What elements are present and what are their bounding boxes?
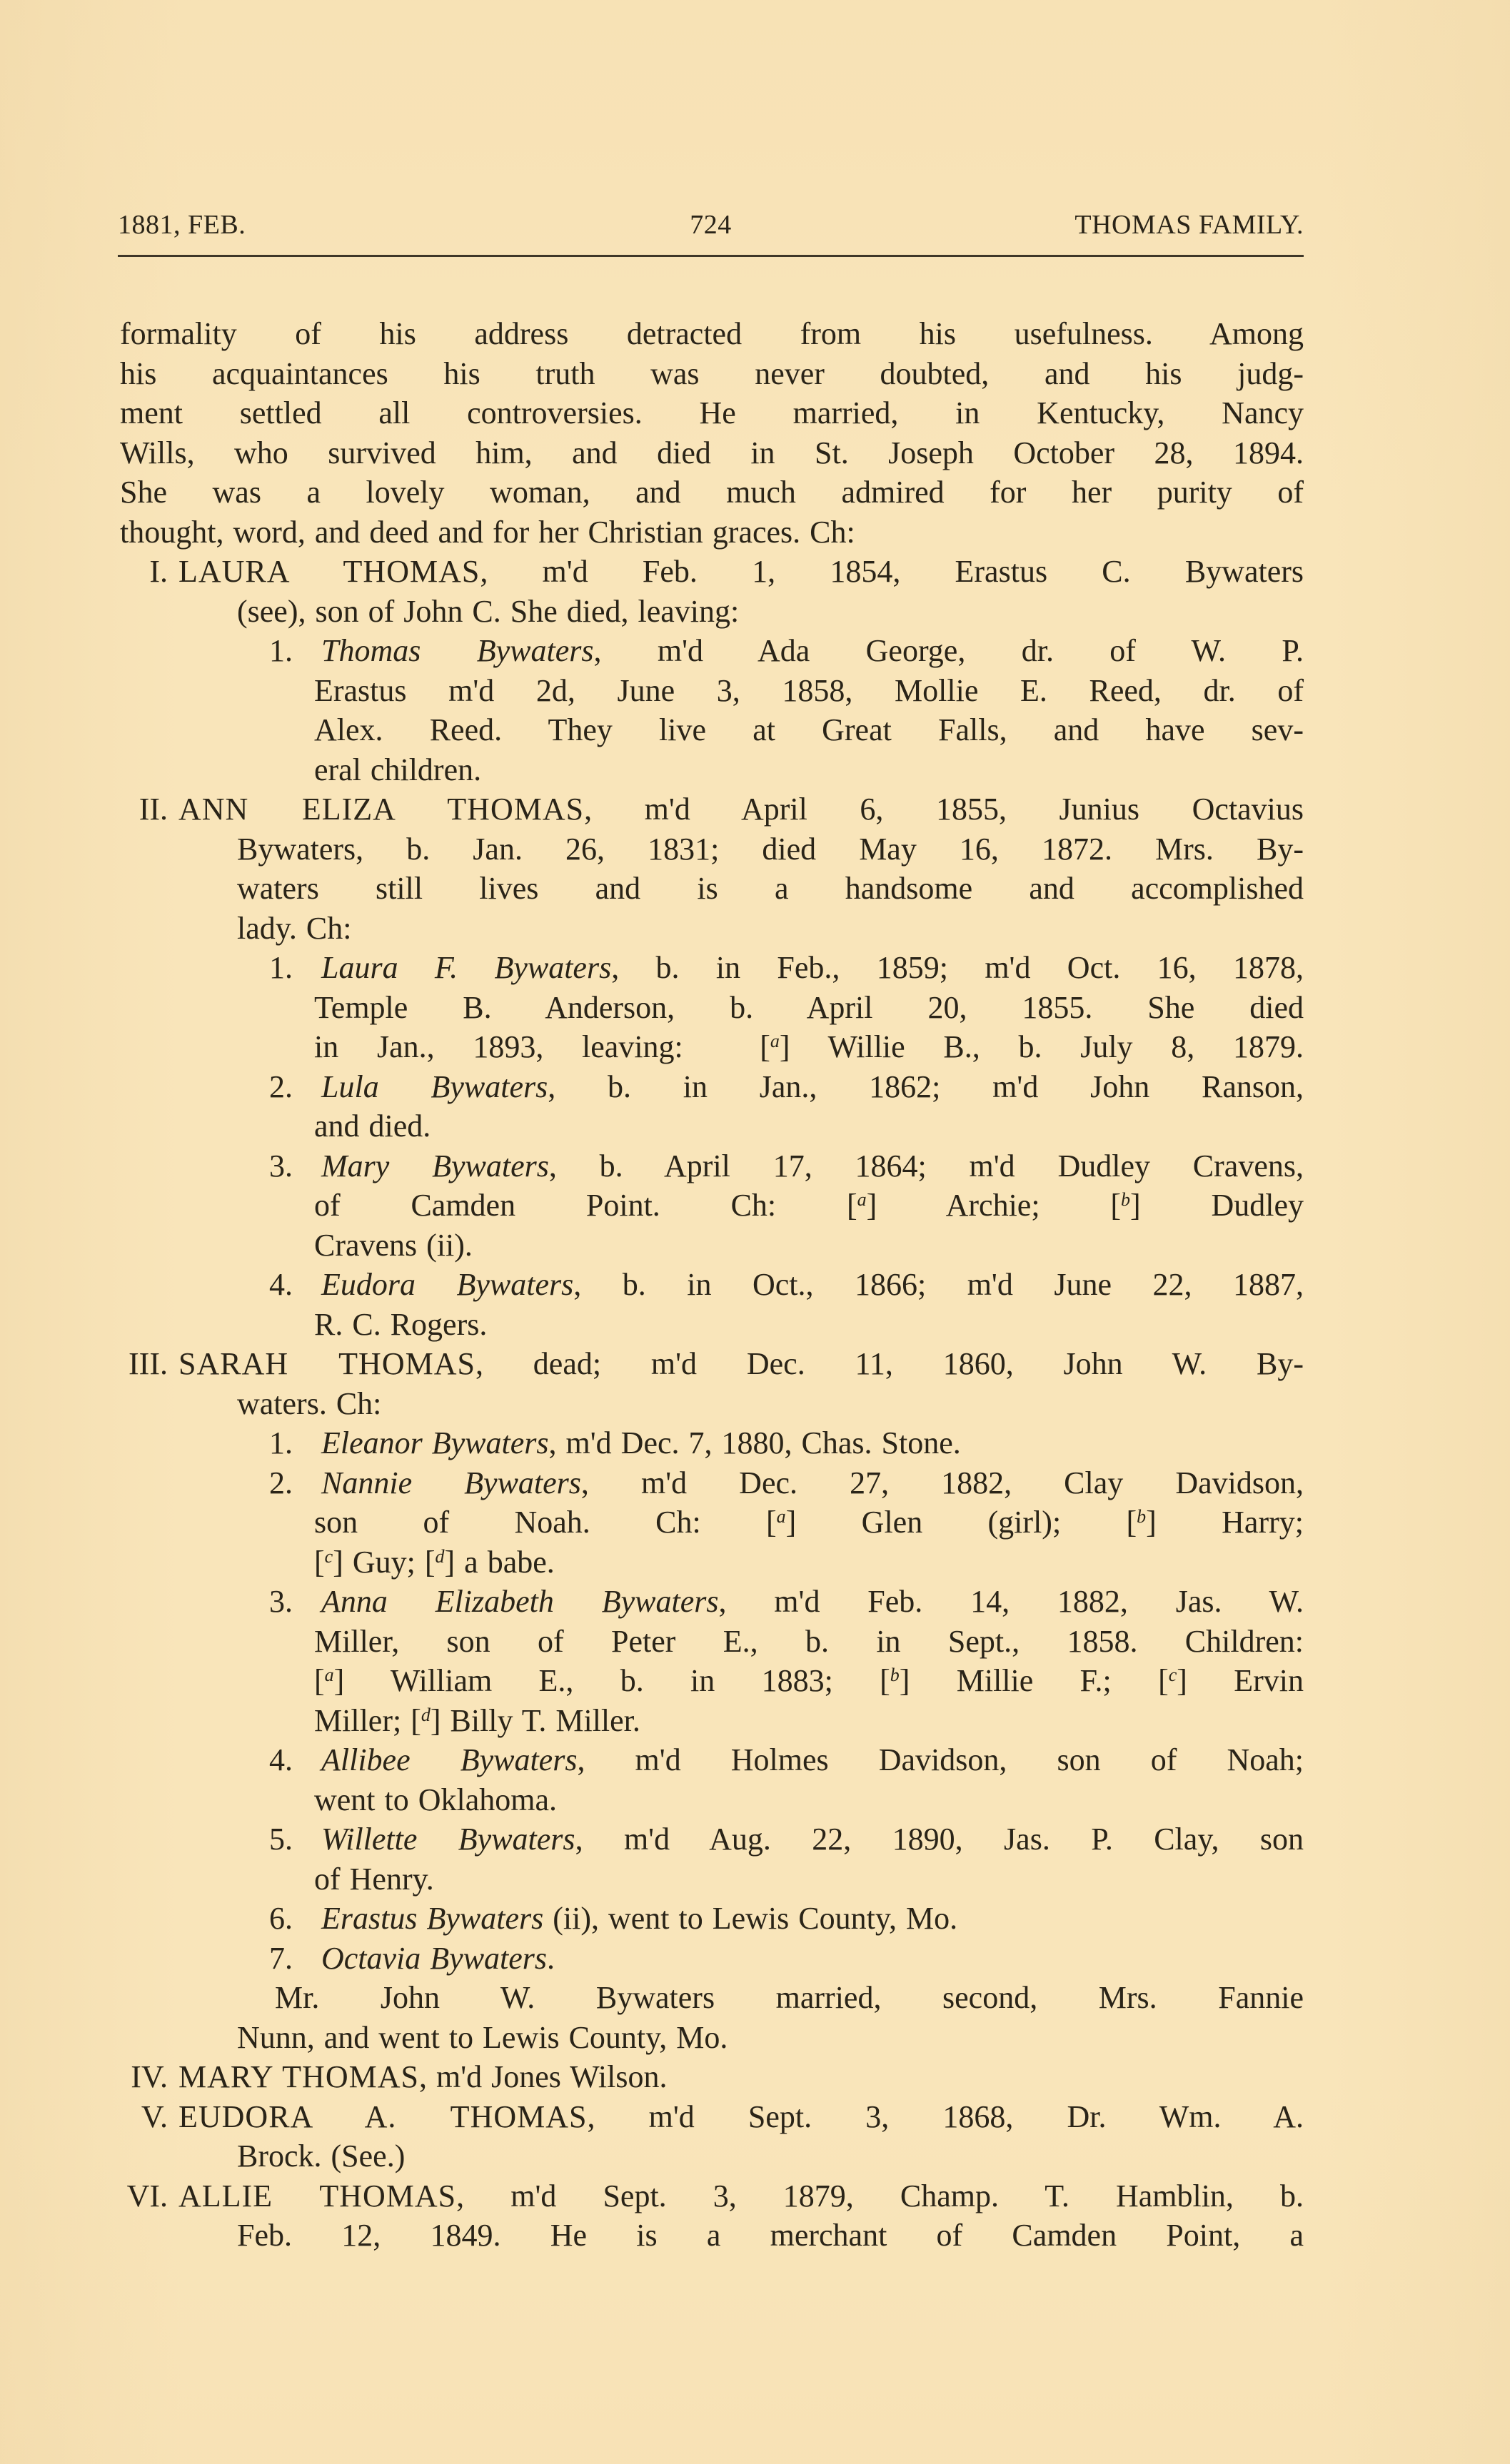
child-continuation: Bywaters, b. Jan. 26, 1831; died May 16,… — [237, 829, 1304, 869]
issue-name: Anna Elizabeth Bywaters — [321, 1584, 718, 1619]
child-entry: LAURA THOMAS, m'd Feb. 1, 1854, Erastus … — [178, 552, 1304, 592]
issue-number: 2. — [257, 1463, 293, 1503]
child-numeral: VI. — [107, 2176, 168, 2216]
child-entry: ANN ELIZA THOMAS, m'd April 6, 1855, Jun… — [178, 789, 1304, 829]
issue-name: Thomas Bywaters — [321, 633, 594, 668]
issue-entry: Nannie Bywaters, m'd Dec. 27, 1882, Clay… — [321, 1463, 1304, 1503]
footnote-mark: a — [857, 1189, 867, 1210]
issue-number: 4. — [257, 1740, 293, 1780]
issue-number: 2. — [257, 1067, 293, 1107]
footnote-mark: b — [890, 1665, 900, 1685]
intro-line: formality of his address detracted from … — [120, 314, 1304, 354]
issue-name: Allibee Bywaters — [321, 1742, 577, 1777]
issue-number: 1. — [257, 1423, 293, 1463]
issue-continuation: and died. — [314, 1106, 1304, 1146]
issue-number: 1. — [257, 948, 293, 988]
issue-continuation: of Henry. — [314, 1859, 1304, 1899]
intro-line: Wills, who survived him, and died in St.… — [120, 433, 1304, 473]
note-line: Mr. John W. Bywaters married, second, Mr… — [275, 1978, 1304, 2018]
page-number: 724 — [690, 210, 732, 240]
issue-entry: Lula Bywaters, b. in Jan., 1862; m'd Joh… — [321, 1067, 1304, 1107]
child-name: MARY THOMAS — [178, 2059, 419, 2094]
issue-name: Willette Bywaters — [321, 1822, 575, 1857]
issue-continuation: Miller, son of Peter E., b. in Sept., 18… — [314, 1622, 1304, 1662]
issue-continuation: Cravens (ii). — [314, 1226, 1304, 1266]
issue-entry: Laura F. Bywaters, b. in Feb., 1859; m'd… — [321, 948, 1304, 988]
child-numeral: III. — [107, 1344, 168, 1384]
child-name: SARAH THOMAS — [178, 1346, 475, 1381]
issue-name: Mary Bywaters — [321, 1148, 549, 1183]
footnote-mark: d — [436, 1546, 445, 1567]
issue-continuation: son of Noah. Ch: [a] Glen (girl); [b] Ha… — [314, 1503, 1304, 1542]
child-name: LAURA THOMAS — [178, 554, 480, 589]
child-numeral: IV. — [107, 2057, 168, 2097]
issue-entry: Willette Bywaters, m'd Aug. 22, 1890, Ja… — [321, 1819, 1304, 1859]
issue-name: Erastus Bywaters — [321, 1901, 543, 1936]
issue-name: Laura F. Bywaters — [321, 950, 611, 985]
child-entry: ALLIE THOMAS, m'd Sept. 3, 1879, Champ. … — [178, 2176, 1304, 2216]
footnote-mark: b — [1137, 1506, 1146, 1527]
header-rule — [118, 255, 1304, 257]
running-head: 1881, FEB. 724 THOMAS FAMILY. — [118, 207, 1304, 243]
issue-entry: Thomas Bywaters, m'd Ada George, dr. of … — [321, 631, 1304, 671]
issue-number: 7. — [257, 1939, 293, 1979]
issue-name: Octavia Bywaters — [321, 1941, 547, 1976]
issue-number: 3. — [257, 1582, 293, 1622]
issue-entry: Eleanor Bywaters, m'd Dec. 7, 1880, Chas… — [321, 1423, 1304, 1463]
issue-number: 6. — [257, 1899, 293, 1939]
issue-name: Nannie Bywaters — [321, 1465, 581, 1500]
issue-continuation: [a] William E., b. in 1883; [b] Millie F… — [314, 1661, 1304, 1701]
child-entry: SARAH THOMAS, dead; m'd Dec. 11, 1860, J… — [178, 1344, 1304, 1384]
child-continuation: lady. Ch: — [237, 909, 1304, 949]
footnote-mark: a — [777, 1506, 786, 1527]
child-numeral: I. — [129, 552, 168, 592]
child-numeral: V. — [107, 2097, 168, 2137]
issue-continuation: Temple B. Anderson, b. April 20, 1855. S… — [314, 988, 1304, 1028]
footnote-mark: a — [325, 1665, 334, 1685]
intro-line: She was a lovely woman, and much admired… — [120, 473, 1304, 513]
issue-number: 1. — [257, 631, 293, 671]
footnote-mark: b — [1121, 1189, 1130, 1210]
issue-number: 5. — [257, 1819, 293, 1859]
issue-name: Eudora Bywaters — [321, 1267, 573, 1302]
issue-name: Lula Bywaters — [321, 1069, 548, 1104]
child-entry: EUDORA A. THOMAS, m'd Sept. 3, 1868, Dr.… — [178, 2097, 1304, 2137]
issue-continuation: Miller; [d] Billy T. Miller. — [314, 1701, 1304, 1741]
note-line: Nunn, and went to Lewis County, Mo. — [237, 2018, 1304, 2058]
issue-name: Eleanor Bywaters — [321, 1425, 549, 1460]
intro-line: his acquaintances his truth was never do… — [120, 354, 1304, 394]
issue-continuation: of Camden Point. Ch: [a] Archie; [b] Dud… — [314, 1186, 1304, 1226]
child-name: ALLIE THOMAS — [178, 2178, 456, 2213]
footnote-mark: c — [325, 1546, 333, 1567]
child-continuation: (see), son of John C. She died, leaving: — [237, 592, 1304, 632]
issue-continuation: eral children. — [314, 750, 1304, 790]
issue-continuation: Erastus m'd 2d, June 3, 1858, Mollie E. … — [314, 671, 1304, 711]
intro-line: ment settled all controversies. He marri… — [120, 393, 1304, 433]
issue-entry: Anna Elizabeth Bywaters, m'd Feb. 14, 18… — [321, 1582, 1304, 1622]
issue-continuation: [c] Guy; [d] a babe. — [314, 1542, 1304, 1582]
issue-continuation: Alex. Reed. They live at Great Falls, an… — [314, 710, 1304, 750]
issue-entry: Octavia Bywaters. — [321, 1939, 1304, 1979]
child-continuation: Feb. 12, 1849. He is a merchant of Camde… — [237, 2216, 1304, 2256]
issue-entry: Erastus Bywaters (ii), went to Lewis Cou… — [321, 1899, 1304, 1939]
child-numeral: II. — [129, 789, 168, 829]
running-head-title: THOMAS FAMILY. — [1074, 207, 1304, 243]
child-name: ANN ELIZA THOMAS — [178, 792, 584, 827]
child-name: EUDORA A. THOMAS — [178, 2099, 587, 2134]
child-continuation: Brock. (See.) — [237, 2136, 1304, 2176]
child-continuation: waters. Ch: — [237, 1384, 1304, 1424]
issue-number: 4. — [257, 1265, 293, 1305]
issue-continuation: in Jan., 1893, leaving: [a] Willie B., b… — [314, 1027, 1304, 1067]
issue-entry: Eudora Bywaters, b. in Oct., 1866; m'd J… — [321, 1265, 1304, 1305]
issue-continuation: R. C. Rogers. — [314, 1305, 1304, 1345]
footnote-mark: c — [1169, 1665, 1177, 1685]
fn-text: in Jan., 1893, leaving: [a] Willie B., b… — [314, 1029, 1304, 1064]
intro-line: thought, word, and deed and for her Chri… — [120, 513, 1304, 552]
issue-entry: Allibee Bywaters, m'd Holmes Davidson, s… — [321, 1740, 1304, 1780]
footnote-mark: a — [770, 1031, 780, 1051]
child-continuation: waters still lives and is a handsome and… — [237, 869, 1304, 909]
child-entry: MARY THOMAS, m'd Jones Wilson. — [178, 2057, 1304, 2097]
issue-continuation: went to Oklahoma. — [314, 1780, 1304, 1820]
issue-number: 3. — [257, 1146, 293, 1186]
footnote-mark: d — [421, 1705, 431, 1725]
issue-entry: Mary Bywaters, b. April 17, 1864; m'd Du… — [321, 1146, 1304, 1186]
book-page: 1881, FEB. 724 THOMAS FAMILY. formality … — [0, 0, 1510, 2464]
